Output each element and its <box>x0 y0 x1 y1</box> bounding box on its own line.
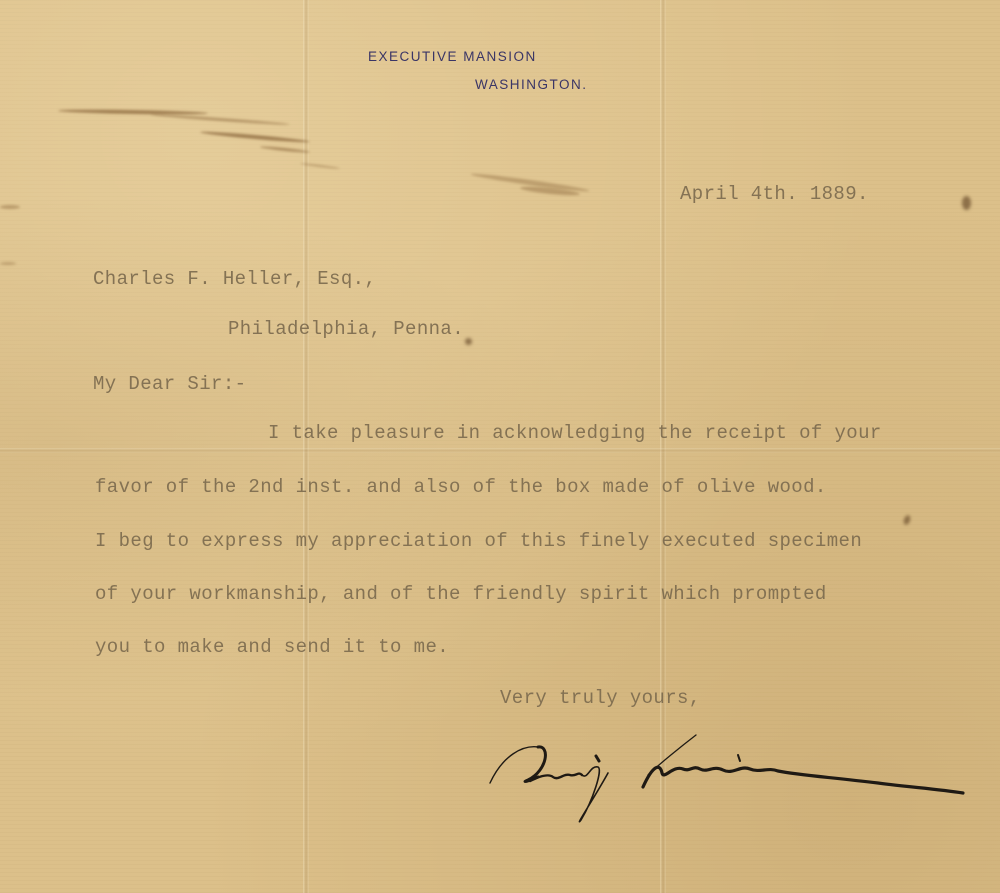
body-line: I take pleasure in acknowledging the rec… <box>268 422 882 444</box>
letter-date: April 4th. 1889. <box>680 183 869 205</box>
body-line: of your workmanship, and of the friendly… <box>95 583 827 605</box>
salutation: My Dear Sir:- <box>93 373 246 395</box>
stain-spot <box>902 514 911 525</box>
fold-line-horizontal <box>0 448 1000 453</box>
stain-spot <box>465 338 472 345</box>
fold-line-vertical-left <box>303 0 309 893</box>
signature <box>478 725 978 835</box>
stain-spot <box>962 196 971 210</box>
recipient-name: Charles F. Heller, Esq., <box>93 268 376 290</box>
letterhead-title: EXECUTIVE MANSION <box>368 49 537 64</box>
letterhead-location: WASHINGTON. <box>475 77 588 92</box>
closing: Very truly yours, <box>500 687 701 709</box>
letter-page: EXECUTIVE MANSION WASHINGTON. April 4th.… <box>0 0 1000 893</box>
body-line: you to make and send it to me. <box>95 636 449 658</box>
recipient-location: Philadelphia, Penna. <box>228 318 464 340</box>
body-line: favor of the 2nd inst. and also of the b… <box>95 476 827 498</box>
body-line: I beg to express my appreciation of this… <box>95 530 862 552</box>
